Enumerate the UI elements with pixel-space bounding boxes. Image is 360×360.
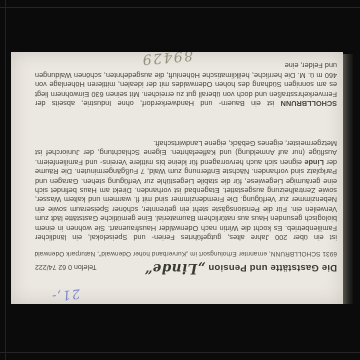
scanned-postcard-photo: 21,- Die Gaststätte und Pension „Linde“ … [0, 0, 360, 360]
scan-edge-line-top [0, 7, 360, 8]
address-line: 6931 SCHOLLBRUNN, ernannter Erholungsort… [35, 250, 337, 257]
letterhead: Die Gaststätte und Pension „Linde“ Telef… [35, 261, 337, 277]
scan-edge-line-bottom [0, 352, 360, 353]
handwritten-price-note: 21,- [50, 285, 81, 303]
description-paragraph: ist ein über 200 Jahre altes, gutgeführt… [35, 139, 337, 242]
rotated-card-content: 21,- Die Gaststätte und Pension „Linde“ … [11, 52, 343, 304]
scan-edge-line-left [5, 0, 6, 360]
letterhead-title: Die Gaststätte und Pension „Linde“ [144, 261, 337, 277]
village-paragraph-lead: SCHOLLBRUNN [281, 99, 337, 108]
card-edge-shadow [343, 54, 353, 304]
description-text-start: ist ein über 200 Jahre altes, gutgeführt… [35, 158, 337, 242]
phone-number: Telefon 0 62 74/222 [35, 263, 97, 270]
linde-script-logo: „Linde“ [144, 260, 206, 276]
description-text-end: eignen sich auch hervorragend für kleine… [35, 139, 337, 167]
description-bold-linde: Linde [304, 158, 323, 167]
title-prefix: Die Gaststätte und Pension [208, 262, 337, 273]
postcard-back: 21,- Die Gaststätte und Pension „Linde“ … [11, 52, 343, 304]
village-paragraph: SCHOLLBRUNN ist ein Bauern- und Handwerk… [35, 61, 337, 108]
